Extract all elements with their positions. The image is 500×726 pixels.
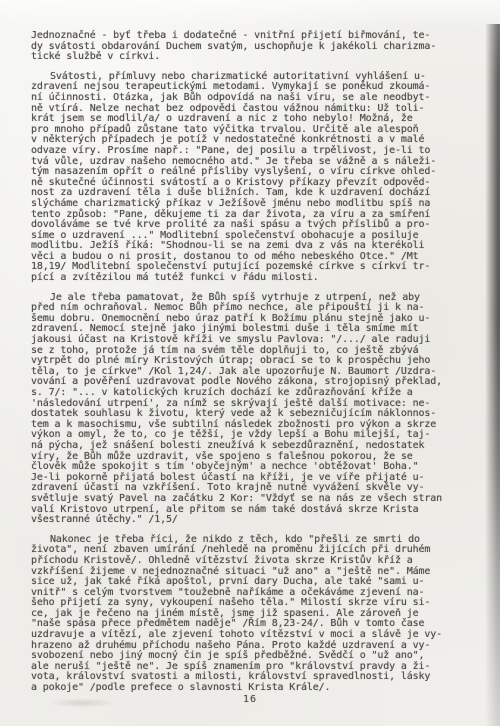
paragraph: Nakonec je třeba říci, že nikdo z těch, … bbox=[31, 535, 483, 694]
scanned-document-page: Jednoznačné - byť třeba i dodatečné - vn… bbox=[0, 0, 500, 726]
paragraph: Jednoznačné - byť třeba i dodatečné - vn… bbox=[31, 31, 483, 63]
scan-edge-shadow bbox=[485, 24, 500, 726]
typewritten-text-block: Jednoznačné - byť třeba i dodatečné - vn… bbox=[31, 31, 483, 694]
text-line: tické službě v církvi. bbox=[31, 52, 483, 63]
text-line: příchodu Kristově/. Ohledně vítězství ži… bbox=[31, 556, 483, 567]
text-line: ní účinnosti. Otázka, jak Bůh odpovídá n… bbox=[31, 93, 483, 104]
text-line: odvaze víry. Prosíme např.: "Pane, dej p… bbox=[31, 146, 483, 157]
text-line: s. 7/: "... v katolických kruzích docház… bbox=[31, 388, 483, 399]
text-line: světluje svatý Pavel na začátku 2 Kor: "… bbox=[31, 494, 483, 505]
paragraph: Svátosti, přímluvy nebo charizmatické au… bbox=[31, 72, 483, 284]
text-line: a pokoje" /podle prefece o slavnosti Kri… bbox=[31, 683, 483, 694]
text-line: Jednoznačné - byť třeba i dodatečné - vn… bbox=[31, 31, 483, 42]
paragraph: Je ale třeba pamatovat, že Bůh spíš vytr… bbox=[31, 293, 483, 526]
text-line: ná pýcha, jež snášení bolesti zneužívá k… bbox=[31, 441, 483, 452]
scan-smudge bbox=[48, 698, 118, 708]
text-line: všestranné útěchy." /1,5/ bbox=[31, 515, 483, 526]
text-line: pící a zvítězilou má tutéž funkci v řádu… bbox=[31, 273, 483, 284]
text-line: slýcháme charizmatický příkaz v Ježíšově… bbox=[31, 199, 483, 210]
